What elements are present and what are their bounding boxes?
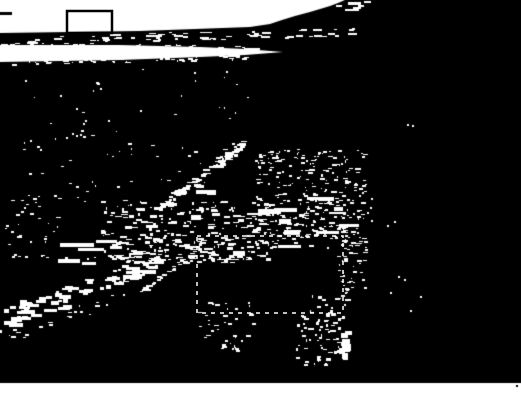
page-root <box>0 0 521 393</box>
photo-canvas <box>0 0 521 393</box>
binarized-photo <box>0 0 521 393</box>
